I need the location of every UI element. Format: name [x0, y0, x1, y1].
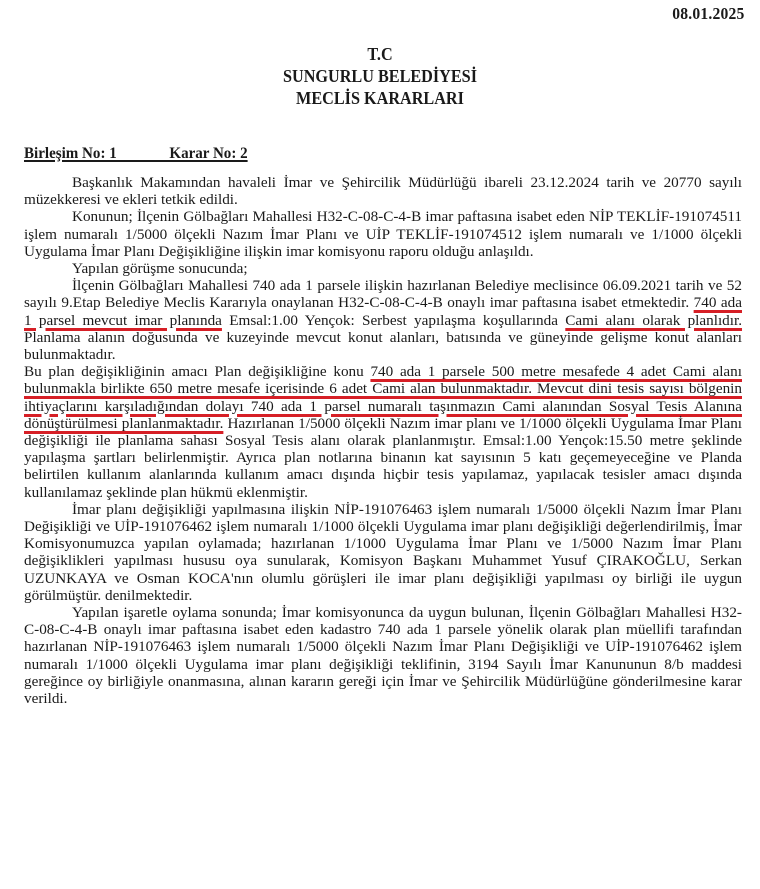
- text-segment: Planlama alanın doğusunda ve kuzeyinde m…: [24, 329, 742, 363]
- header-tc: T.C: [38, 43, 722, 65]
- paragraph-referral: Başkanlık Makamından havaleli İmar ve Şe…: [24, 174, 742, 208]
- document-body: Başkanlık Makamından havaleli İmar ve Şe…: [24, 174, 742, 707]
- paragraph-commission-report: İmar planı değişikliği yapılmasına ilişk…: [24, 501, 742, 604]
- document-date: 08.01.2025: [672, 4, 744, 24]
- paragraph-plan-purpose: Bu plan değişikliğinin amacı Plan değişi…: [24, 363, 742, 501]
- paragraph-decision: Yapılan işaretle oylama sonunda; İmar ko…: [24, 604, 742, 707]
- text-segment: Emsal:1.00 Yençok: Serbest yapılaşma koş…: [222, 312, 565, 329]
- paragraph-discussion-intro: Yapılan görüşme sonucunda;: [24, 260, 742, 277]
- paragraph-current-plan: İlçenin Gölbağları Mahallesi 740 ada 1 p…: [24, 277, 742, 363]
- text-segment: Bu plan değişikliğinin amacı Plan değişi…: [24, 363, 370, 380]
- highlighted-text: Cami alanı olarak planlıdır.: [565, 312, 742, 329]
- header-municipality: SUNGURLU BELEDİYESİ: [38, 65, 722, 87]
- text-segment: İlçenin Gölbağları Mahallesi 740 ada 1 p…: [24, 277, 742, 311]
- document-header: T.C SUNGURLU BELEDİYESİ MECLİS KARARLARI: [0, 43, 760, 109]
- header-council-decisions: MECLİS KARARLARI: [38, 87, 722, 109]
- session-decision-number: Birleşim No: 1 Karar No: 2: [24, 145, 248, 163]
- paragraph-subject: Konunun; İlçenin Gölbağları Mahallesi H3…: [24, 208, 742, 260]
